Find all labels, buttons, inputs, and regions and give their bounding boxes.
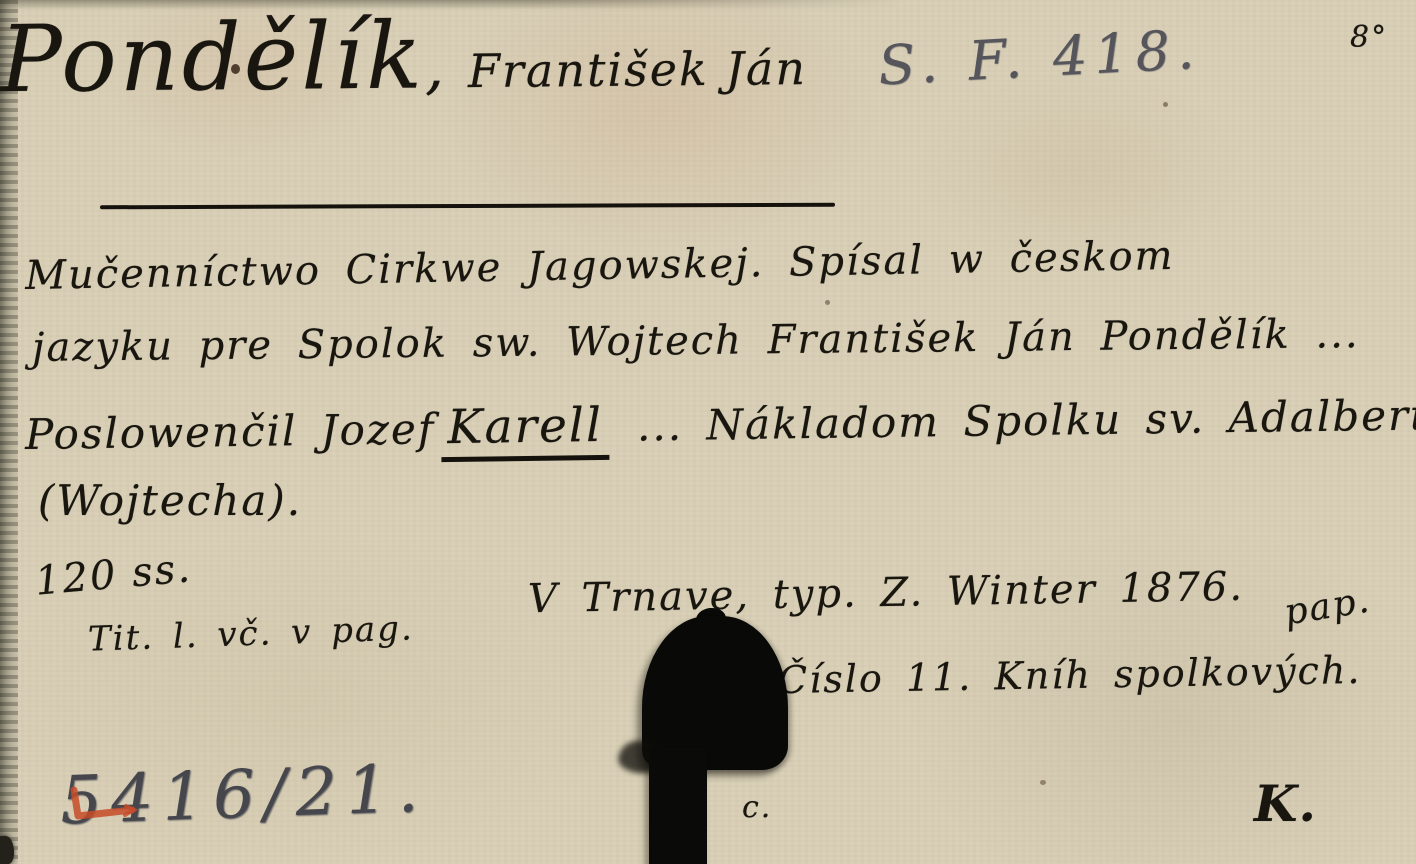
line3-translator-name: Karell: [441, 398, 609, 462]
red-check-mark: [68, 786, 146, 832]
heading-separator: ,: [425, 32, 447, 102]
title-line-2: jazyku pre Spolok sw. Wojtech František …: [32, 311, 1360, 371]
series-note: Číslo 11. Kníh spolkových.: [778, 648, 1362, 702]
title-line-3: Poslowenčil Jozef Karell ... Nákladom Sp…: [25, 386, 1416, 468]
ink-blot-hole-dome: [642, 616, 788, 770]
paper-speckle: [1163, 102, 1168, 107]
heading-underline: [100, 203, 835, 210]
imprint-line: V Trnave, typ. Z. Winter 1876.: [528, 564, 1245, 622]
collation-note: 120 ss.: [33, 545, 193, 604]
paper-speckle: [825, 300, 830, 305]
paper-speckle: [231, 64, 240, 74]
scan-edge-left: [0, 0, 18, 864]
paper-speckle: [1040, 780, 1046, 785]
cataloguer-initial: K.: [1254, 774, 1317, 833]
catalog-card: S. F. 418. 8° Pondělík, František Ján Mu…: [0, 0, 1416, 864]
title-line-1: Mučenníctwo Cirkwe Jagowskej. Spísal w č…: [25, 233, 1175, 299]
heading-forenames: František Ján: [468, 41, 807, 98]
heading-surname: Pondělík: [0, 2, 425, 113]
heading-author: Pondělík, František Ján: [0, 0, 1416, 113]
title-line-4: (Wojtecha).: [38, 476, 302, 525]
line3-before: Poslowenčil Jozef: [25, 404, 436, 459]
small-c-mark: c.: [742, 790, 772, 825]
material-note: pap.: [1281, 579, 1373, 633]
title-leaf-note: Tit. l. vč. v pag.: [87, 608, 414, 659]
ink-blot-hole-stem: [649, 748, 707, 864]
line3-after: ... Nákladom Spolku sv. Adalberta: [637, 390, 1416, 450]
